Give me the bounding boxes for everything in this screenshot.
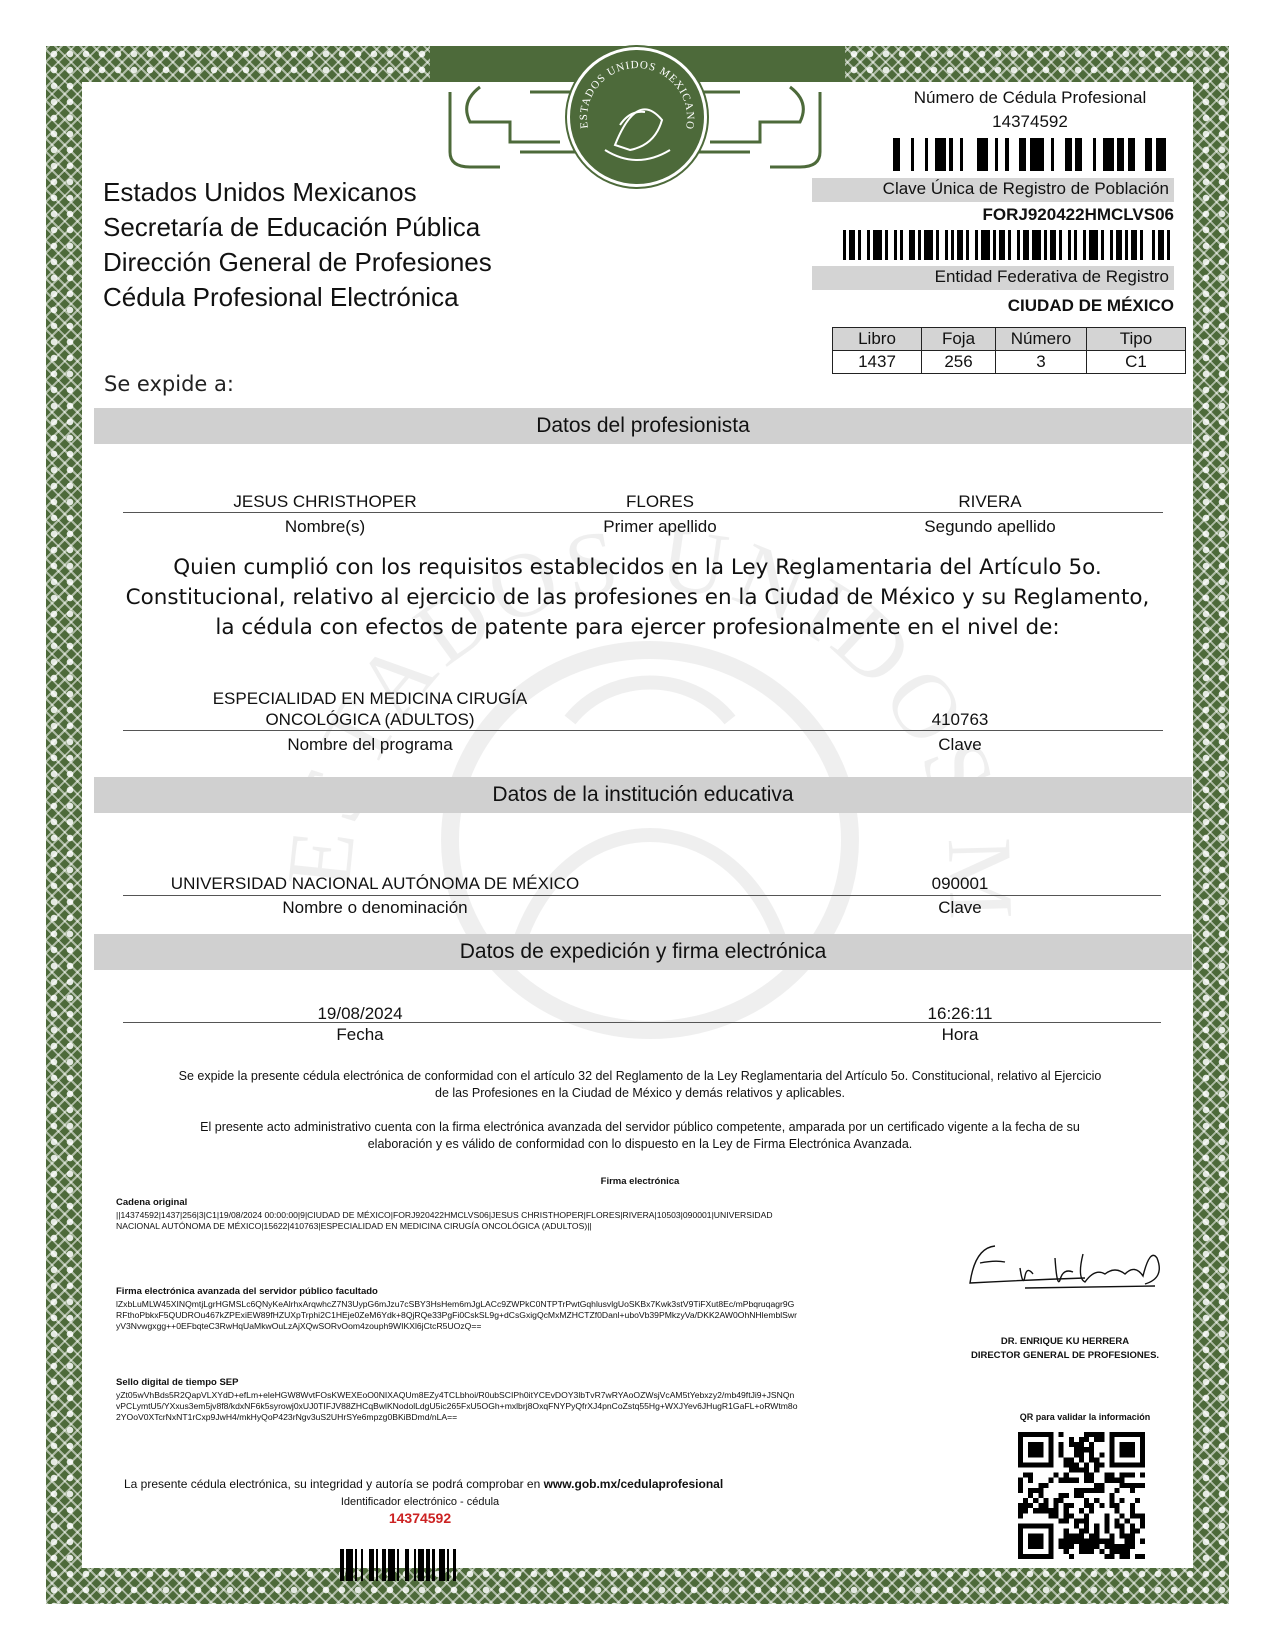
issue-date-label: Fecha [260,1025,460,1045]
first-surname-value: FLORES [550,492,770,512]
issue-time: 16:26:11 [880,1004,1040,1024]
section-issuance: Datos de expedición y firma electrónica [94,934,1192,970]
heading-line: Dirección General de Profesiones [103,245,492,280]
qr-label: QR para validar la información [995,1412,1175,1422]
first-surname-label: Primer apellido [550,517,770,537]
issue-time-label: Hora [880,1025,1040,1045]
divider [123,730,1163,731]
statement-line: Quien cumplió con los requisitos estable… [90,553,1185,583]
cedula-number-label: Número de Cédula Profesional [880,88,1180,108]
names-value: JESUS CHRISTHOPER [190,492,460,512]
sello-line: yZt05wVhBds5R2QapVLXYdD+efLm+eleHGW8WvtF… [116,1390,794,1401]
second-surname-value: RIVERA [880,492,1100,512]
sello-label: Sello digital de tiempo SEP [116,1377,238,1388]
institution-code: 090001 [880,874,1040,894]
curp-value: FORJ920422HMCLVS06 [812,205,1174,225]
signer-block: DR. ENRIQUE KU HERRERA DIRECTOR GENERAL … [950,1335,1180,1363]
heading-line: Cédula Profesional Electrónica [103,280,492,315]
statement-paragraph: Quien cumplió con los requisitos estable… [90,553,1185,643]
cedula-barcode-icon [893,138,1173,171]
signer-name: DR. ENRIQUE KU HERRERA [950,1335,1180,1349]
emblem-ring-text: ESTADOS UNIDOS MEXICANOS [570,50,696,131]
curp-label: Clave Única de Registro de Población [812,179,1169,199]
cadena-line: NACIONAL AUTÓNOMA DE MÉXICO|15622|410763… [116,1221,592,1232]
value-numero: 3 [996,351,1087,374]
program-code-label: Clave [880,735,1040,755]
svg-text:ESTADOS UNIDOS MEXICANOS: ESTADOS UNIDOS MEXICANOS [570,50,696,131]
divider [123,512,1163,513]
handwritten-signature-icon [965,1238,1175,1294]
firma-title: Firma electrónica [110,1176,1170,1187]
legal-line: Se expide la presente cédula electrónica… [110,1068,1170,1085]
second-surname-label: Segundo apellido [880,517,1100,537]
sello-line: vPCLymtU5/YXxus3em5jv8f8/kdxNF6k5syrowj0… [116,1401,797,1412]
verification-sentence: La presente cédula electrónica, su integ… [124,1477,544,1491]
heading-line: Estados Unidos Mexicanos [103,175,492,210]
value-foja: 256 [922,351,996,374]
verification-url-link[interactable]: www.gob.mx/cedulaprofesional [544,1477,724,1491]
entity-label: Entidad Federativa de Registro [812,267,1169,287]
section-institution: Datos de la institución educativa [94,777,1192,813]
header-libro: Libro [833,328,922,351]
issue-date: 19/08/2024 [260,1004,460,1024]
header-tipo: Tipo [1087,328,1186,351]
institution-name: UNIVERSIDAD NACIONAL AUTÓNOMA DE MÉXICO [140,874,610,894]
entity-value: CIUDAD DE MÉXICO [812,296,1174,316]
cedula-number: 14374592 [880,112,1180,132]
heading-line: Secretaría de Educación Pública [103,210,492,245]
issued-to-label: Se expide a: [104,372,234,396]
divider [123,895,1161,896]
divider [123,1022,1161,1023]
program-name-line1: ESPECIALIDAD EN MEDICINA CIRUGÍA [160,689,580,709]
identifier-number: 14374592 [300,1510,540,1526]
value-libro: 1437 [833,351,922,374]
institution-code-label: Clave [880,898,1040,918]
sello-line: 2YOoV0XTcrNxNT1rCxp9JwH4/mkHyQoP423rNgv3… [116,1412,457,1423]
firma-avanzada-label: Firma electrónica avanzada del servidor … [116,1286,378,1297]
header-foja: Foja [922,328,996,351]
qr-code-icon[interactable] [1018,1432,1145,1559]
verification-text: La presente cédula electrónica, su integ… [124,1477,723,1491]
statement-line: Constitucional, relativo al ejercicio de… [90,583,1185,613]
cadena-label: Cadena original [116,1197,187,1208]
legal-line: El presente acto administrativo cuenta c… [110,1119,1170,1136]
legal-paragraph-1: Se expide la presente cédula electrónica… [110,1068,1170,1102]
program-code: 410763 [880,710,1040,730]
curp-barcode-icon [843,230,1176,260]
legal-line: elaboración y es válido de conformidad c… [110,1136,1170,1153]
statement-line: la cédula con efectos de patente para ej… [90,613,1185,643]
registry-table: Libro Foja Número Tipo 1437 256 3 C1 [832,327,1186,374]
signer-title: DIRECTOR GENERAL DE PROFESIONES. [950,1349,1180,1363]
program-name-label: Nombre del programa [160,735,580,755]
legal-paragraph-2: El presente acto administrativo cuenta c… [110,1119,1170,1153]
section-professional: Datos del profesionista [94,408,1192,444]
identifier-barcode-icon [340,1549,460,1581]
firma-line: RFthoPbkxF5QUDROu467kZPExiEW89fHZUXpTrph… [116,1310,797,1321]
legal-line: de las Profesiones en la Ciudad de Méxic… [110,1085,1170,1102]
value-tipo: C1 [1087,351,1186,374]
firma-line: yV3Nvwgxgg++0EFbqteC3RwHqUaMkwOuLzAjXQwS… [116,1321,481,1332]
institution-name-label: Nombre o denominación [175,898,575,918]
institution-heading: Estados Unidos Mexicanos Secretaría de E… [103,175,492,315]
identifier-label: Identificador electrónico - cédula [300,1496,540,1508]
cadena-line: ||14374592|1437|256|3|C1|19/08/2024 00:0… [116,1210,773,1221]
firma-line: lZxbLuMLW45XINQmtjLgrHGMSLc6QNyKeAlrhxAr… [116,1299,794,1310]
program-name-line2: ONCOLÓGICA (ADULTOS) [160,710,580,730]
names-label: Nombre(s) [190,517,460,537]
header-numero: Número [996,328,1087,351]
emblem-ring: ESTADOS UNIDOS MEXICANOS [570,50,704,184]
